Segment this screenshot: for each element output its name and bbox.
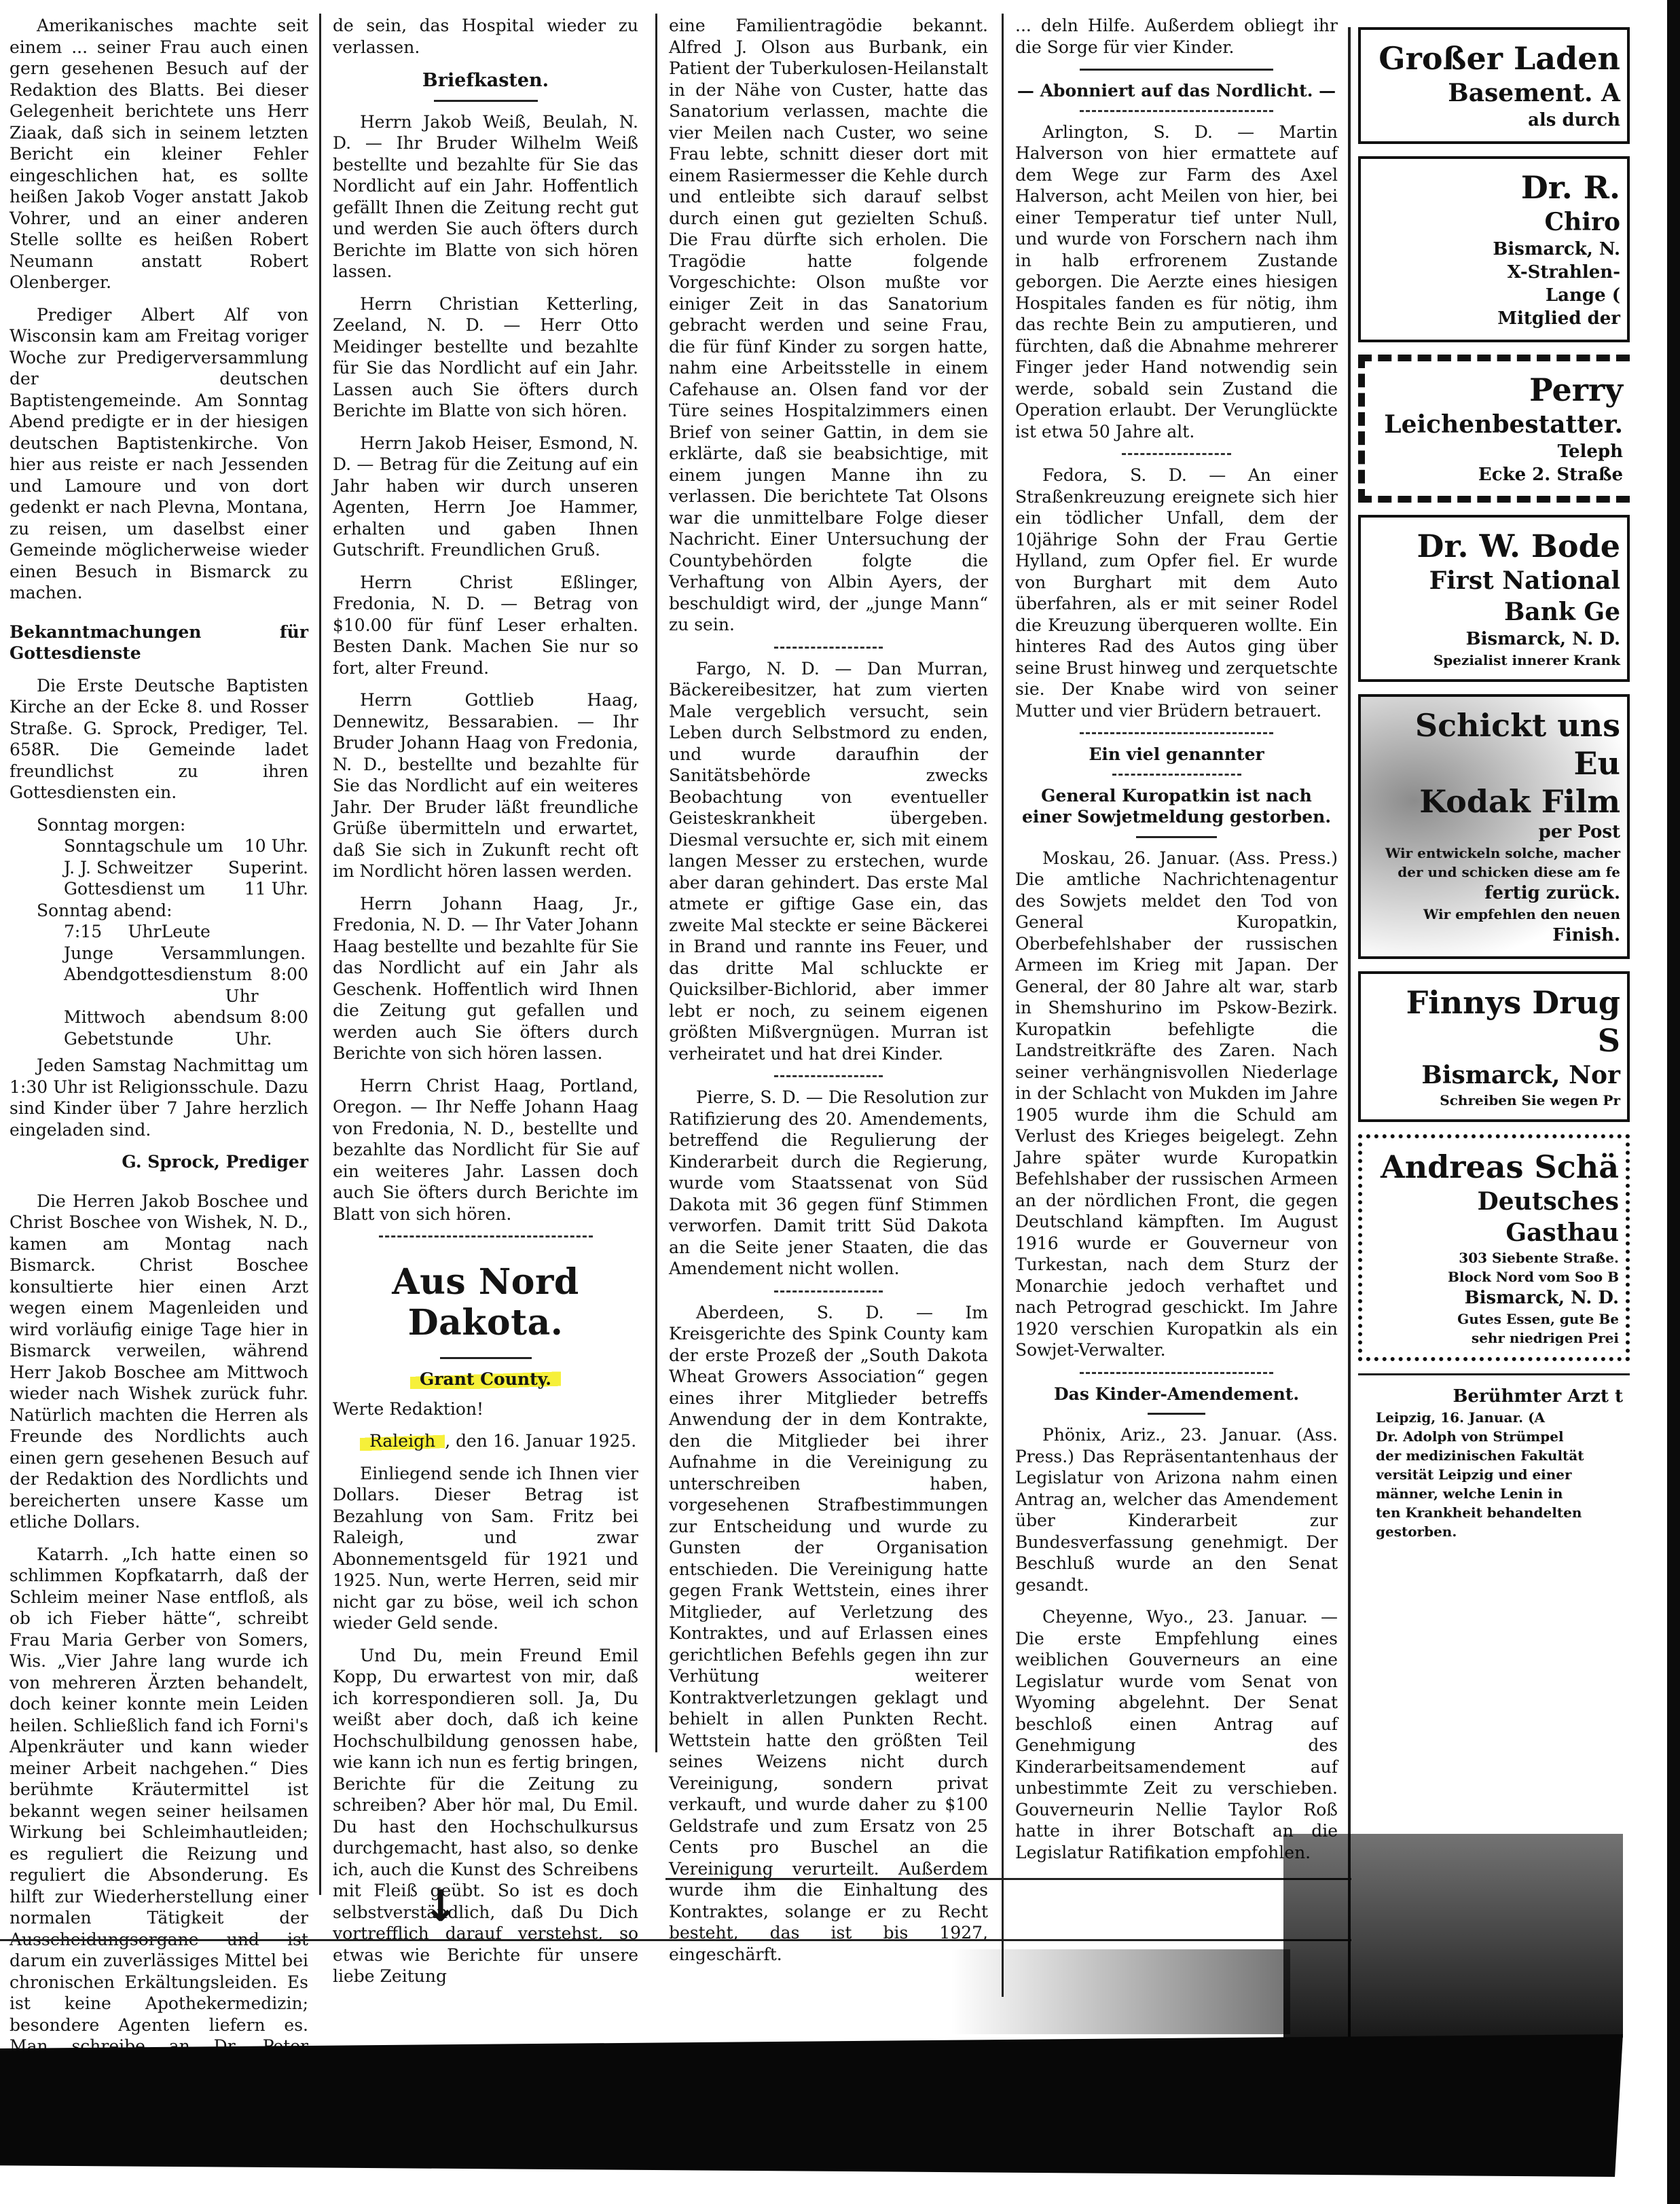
bottom-rule	[0, 1939, 1351, 1941]
letter-body: Und Du, mein Freund Emil Kopp, Du erwart…	[333, 1645, 638, 1987]
ad-line: Perry	[1383, 371, 1623, 409]
schedule-label: Sonntagschule um	[64, 835, 223, 857]
ad-line: Finish.	[1378, 924, 1620, 947]
ads-divider	[1348, 27, 1351, 2038]
ad-line: Gutes Essen, gute Be	[1380, 1309, 1619, 1329]
article-paragraph: Amerikanisches machte seit einem ... sei…	[10, 15, 308, 293]
article-paragraph: Aberdeen, S. D. — Im Kreisgerichte des S…	[669, 1302, 988, 1966]
kuropatkin-heading: Ein viel genannter	[1015, 744, 1338, 765]
ad-line: Dr. W. Bode	[1378, 527, 1620, 565]
saturday-note: Jeden Samstag Nachmittag um 1:30 Uhr ist…	[10, 1055, 308, 1140]
advertisement: Schickt uns EuKodak Filmper PostWir entw…	[1358, 694, 1630, 959]
subscribe-heading: — Abonniert auf das Nordlicht. —	[1015, 80, 1338, 102]
ad-line: sehr niedrigen Prei	[1380, 1329, 1619, 1348]
schedule-label: Mittwoch abends Gebetstunde	[64, 1007, 235, 1049]
salutation: Werte Redaktion!	[333, 1398, 638, 1420]
ad-line: Bismarck, N. D.	[1380, 1286, 1619, 1309]
schedule-line: Gottesdienst um11 Uhr.	[10, 878, 308, 900]
letter: Herrn Gottlieb Haag, Dennewitz, Bessarab…	[333, 689, 638, 882]
advertisement: Großer LadenBasement. Aals durch	[1358, 27, 1630, 144]
schedule-line: J. J. SchweitzerSuperint.	[10, 857, 308, 879]
scan-right-edge	[1667, 0, 1680, 2204]
bottom-rule	[665, 1878, 1351, 1880]
ad-line: Dr. Adolph von Strümpel	[1376, 1427, 1623, 1446]
hand-drawn-arrow-icon: ↓	[422, 1881, 459, 1932]
kuropatkin-body: Moskau, 26. Januar. (Ass. Press.) Die am…	[1015, 848, 1338, 1361]
column-2: de sein, das Hospital wieder zu verlasse…	[333, 15, 638, 1998]
announcement-title: Bekanntmachungen für Gottesdienste	[10, 621, 308, 664]
ad-line: Bismarck, N.	[1378, 238, 1620, 261]
article-rule	[774, 647, 883, 649]
ad-line: ten Krankheit behandelten	[1376, 1503, 1623, 1522]
section-title-briefkasten: Briefkasten.	[333, 70, 638, 92]
ad-line: Lange (	[1378, 284, 1620, 307]
ad-line: Berühmter Arzt t	[1376, 1385, 1623, 1408]
ad-line: Schickt uns Eu	[1378, 706, 1620, 782]
column-divider	[1002, 14, 1004, 1997]
schedule-label: 7:15 Uhr Junge	[64, 921, 162, 964]
rule	[1080, 1372, 1273, 1374]
ad-line: versität Leipzig und einer	[1376, 1465, 1623, 1484]
letter: Herrn Jakob Heiser, Esmond, N. D. — Betr…	[333, 433, 638, 561]
article-paragraph: eine Familientragödie bekannt. Alfred J.…	[669, 15, 988, 636]
advertorial-paragraph: Katarrh. „Ich hatte einen so schlimmen K…	[10, 1544, 308, 2100]
schedule-label: Sonntag abend:	[37, 900, 172, 922]
ad-line: Schreiben Sie wegen Pr	[1378, 1091, 1620, 1110]
schedule-line: Sonntag abend:	[10, 900, 308, 922]
schedule-line: Mittwoch abends Gebetstundeum 8:00 Uhr.	[10, 1007, 308, 1049]
ad-line: X-Strahlen-	[1378, 261, 1620, 284]
ad-line: Block Nord vom Soo B	[1380, 1267, 1619, 1286]
article-fragment: de sein, das Hospital wieder zu verlasse…	[333, 15, 638, 58]
column-divider	[319, 14, 321, 1895]
ad-line: Deutsches Gasthau	[1380, 1186, 1619, 1248]
ad-line: 303 Siebente Straße.	[1380, 1248, 1619, 1267]
dateline-text: , den 16. Januar 1925.	[445, 1431, 636, 1451]
amendment-heading: Das Kinder-Amendement.	[1015, 1384, 1338, 1405]
ad-line: Finnys Drug S	[1378, 983, 1620, 1060]
title-rule	[434, 100, 538, 102]
news-item: Cheyenne, Wyo., 23. Januar. — Die erste …	[1015, 1606, 1338, 1863]
article-paragraph: Prediger Albert Alf von Wisconsin kam am…	[10, 304, 308, 604]
highlighted-place: Raleigh	[360, 1431, 445, 1451]
rule	[1112, 774, 1241, 776]
schedule-time: Leute Versammlungen.	[162, 921, 309, 964]
newspaper-page: Amerikanisches machte seit einem ... sei…	[0, 0, 1680, 2204]
schedule-line: Sonntag morgen:	[10, 814, 308, 836]
advertisement: Finnys Drug SBismarck, NorSchreiben Sie …	[1358, 971, 1630, 1122]
ad-line: Wir entwickeln solche, macher	[1378, 844, 1620, 863]
rule	[1080, 110, 1273, 112]
ad-line: männer, welche Lenin in	[1376, 1484, 1623, 1503]
service-schedule: Sonntag morgen:Sonntagschule um10 Uhr.J.…	[10, 814, 308, 1050]
ad-line: fertig zurück.	[1378, 882, 1620, 905]
schedule-label: Sonntag morgen:	[37, 814, 185, 836]
article-fragment: ... deln Hilfe. Außerdem obliegt ihr die…	[1015, 15, 1338, 58]
letter-body: Einliegend sende ich Ihnen vier Dollars.…	[333, 1463, 638, 1634]
letter: Herrn Christian Ketterling, Zeeland, N. …	[333, 293, 638, 422]
ads-column: Großer LadenBasement. Aals durchDr. R.Ch…	[1358, 27, 1630, 1563]
section-rule	[379, 1235, 593, 1238]
ad-line: Andreas Schä	[1380, 1148, 1619, 1186]
ad-line: Mitglied der	[1378, 307, 1620, 330]
schedule-label: Gottesdienst um	[64, 878, 205, 900]
article-rule	[774, 1290, 883, 1293]
highlighted-county: Grant County.	[410, 1369, 561, 1389]
scan-smudge	[951, 1949, 1290, 2034]
ad-line: Kodak Film	[1378, 782, 1620, 820]
schedule-line: 7:15 Uhr JungeLeute Versammlungen.	[10, 921, 308, 964]
article-paragraph: Die Herren Jakob Boschee und Christ Bosc…	[10, 1191, 308, 1533]
ad-line: Ecke 2. Straße	[1383, 463, 1623, 486]
schedule-time: 11 Uhr.	[244, 878, 308, 900]
letter: Herrn Johann Haag, Jr., Fredonia, N. D. …	[333, 893, 638, 1064]
schedule-time: Superint.	[228, 857, 308, 879]
advertisement: Dr. R.ChiroBismarck, N.X-Strahlen-Lange …	[1358, 156, 1630, 342]
column-4: ... deln Hilfe. Außerdem obliegt ihr die…	[1015, 15, 1338, 1874]
scan-black-band	[0, 2034, 1623, 2177]
ad-line: Spezialist innerer Krank	[1378, 651, 1620, 670]
news-item: Phönix, Ariz., 23. Januar. (Ass. Press.)…	[1015, 1424, 1338, 1595]
rule	[1148, 1413, 1206, 1415]
news-item: Arlington, S. D. — Martin Halverson von …	[1015, 122, 1338, 443]
signature: G. Sprock, Prediger	[10, 1151, 308, 1173]
dateline: Raleigh, den 16. Januar 1925.	[333, 1430, 638, 1452]
rule	[1136, 836, 1217, 838]
ad-line: Leichenbestatter.	[1383, 409, 1623, 440]
ad-line: First National Bank Ge	[1378, 565, 1620, 628]
scan-smudge	[1283, 1834, 1623, 2038]
schedule-time: um 8:00 Uhr.	[235, 1007, 308, 1049]
rule	[1122, 453, 1232, 455]
ad-line: der und schicken diese am fe	[1378, 863, 1620, 882]
ad-line: Chiro	[1378, 206, 1620, 238]
ad-line: gestorben.	[1376, 1522, 1623, 1541]
schedule-line: Sonntagschule um10 Uhr.	[10, 835, 308, 857]
schedule-label: J. J. Schweitzer	[64, 857, 192, 879]
news-item: Fedora, S. D. — An einer Straßenkreuzung…	[1015, 465, 1338, 721]
advertisement: Dr. W. BodeFirst National Bank GeBismarc…	[1358, 515, 1630, 682]
ad-line: als durch	[1378, 109, 1620, 132]
schedule-time: um 8:00 Uhr	[225, 964, 309, 1007]
letter: Herrn Christ Eßlinger, Fredonia, N. D. —…	[333, 572, 638, 679]
ad-line: Leipzig, 16. Januar. (A	[1376, 1408, 1623, 1427]
county-heading: Grant County.	[333, 1369, 638, 1390]
ad-line: Teleph	[1383, 440, 1623, 463]
article-rule	[774, 1075, 883, 1077]
section-heading-aus-nord-dakota: Aus Nord Dakota.	[333, 1262, 638, 1343]
column-3: eine Familientragödie bekannt. Alfred J.…	[669, 15, 988, 1976]
ad-line: Großer Laden	[1378, 39, 1620, 77]
letter: Herrn Christ Haag, Portland, Oregon. — I…	[333, 1075, 638, 1225]
advertisement: Andreas SchäDeutsches Gasthau303 Siebent…	[1358, 1134, 1630, 1361]
announcement-text: Die Erste Deutsche Baptisten Kirche an d…	[10, 675, 308, 803]
rule	[1080, 69, 1273, 71]
ad-line: Dr. R.	[1378, 168, 1620, 206]
ad-line: Bismarck, Nor	[1378, 1060, 1620, 1091]
advertisement: Berühmter Arzt tLeipzig, 16. Januar. (AD…	[1358, 1373, 1630, 1551]
column-1: Amerikanisches machte seit einem ... sei…	[10, 15, 308, 2111]
article-paragraph: Fargo, N. D. — Dan Murran, Bäckereibesit…	[669, 658, 988, 1065]
advertisement: PerryLeichenbestatter.TelephEcke 2. Stra…	[1358, 355, 1630, 503]
ad-line: der medizinischen Fakultät	[1376, 1446, 1623, 1465]
kuropatkin-subheading: General Kuropatkin ist nach einer Sowjet…	[1015, 785, 1338, 828]
ad-line: Bismarck, N. D.	[1378, 628, 1620, 651]
schedule-time: 10 Uhr.	[244, 835, 308, 857]
schedule-line: Abendgottesdienstum 8:00 Uhr	[10, 964, 308, 1007]
ad-line: Wir empfehlen den neuen	[1378, 905, 1620, 924]
schedule-label: Abendgottesdienst	[64, 964, 225, 1007]
rule	[1080, 732, 1273, 734]
column-divider	[655, 14, 657, 1752]
ad-line: per Post	[1378, 820, 1620, 844]
article-paragraph: Pierre, S. D. — Die Resolution zur Ratif…	[669, 1087, 988, 1280]
heading-rule	[440, 1357, 532, 1359]
letter: Herrn Jakob Weiß, Beulah, N. D. — Ihr Br…	[333, 111, 638, 283]
ad-line: Basement. A	[1378, 77, 1620, 109]
